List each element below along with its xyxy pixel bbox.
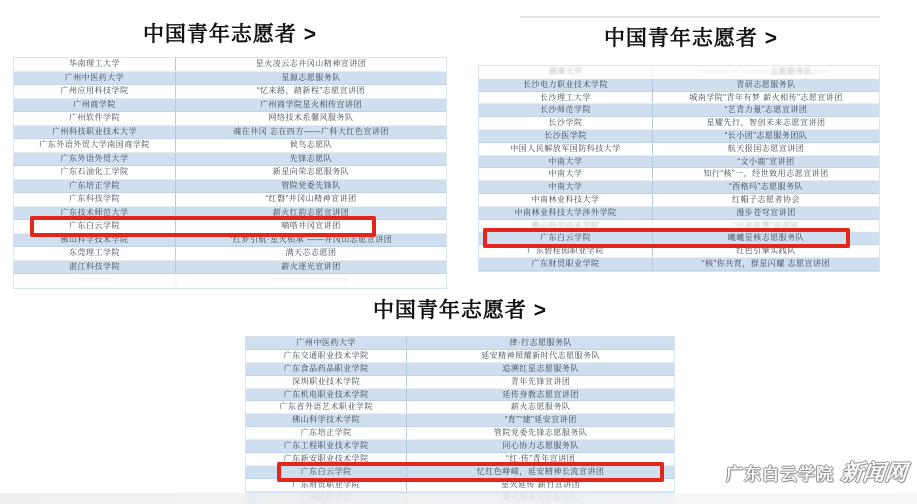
panel-title-link[interactable]: 中国青年志愿者 > bbox=[245, 294, 675, 324]
panel-title-link[interactable]: 中国青年志愿者 > bbox=[502, 22, 880, 52]
team-cell: 管院党委先锋队 bbox=[176, 180, 446, 193]
school-cell: 中南林业科技大学涉外学院 bbox=[479, 207, 653, 219]
table-row: 中南大学 “西格玛”志愿服务队 bbox=[479, 181, 879, 194]
volunteer-table-2: 湘潭大学 ⋯⋯⋯ ⋯ ⋯ ⋯⋯志愿服务队⋯⋯ 长沙电力职业技术学院 青研志愿服务… bbox=[478, 65, 880, 272]
team-cell: 候鸟志愿队 bbox=[176, 139, 446, 152]
table-row: 广东白云学院 嘀嗒井冈宣讲团 bbox=[14, 220, 446, 234]
team-cell: “长小团”志愿服务团队 bbox=[653, 130, 879, 142]
team-cell: ⋯⋯⋯ ⋯ ⋯ ⋯⋯志愿服务队⋯⋯ bbox=[653, 66, 879, 78]
school-cell: 广州中医药大学 bbox=[246, 337, 407, 349]
table-row: 湘潭大学 ⋯⋯⋯ ⋯ ⋯ ⋯⋯志愿服务队⋯⋯ bbox=[479, 66, 879, 79]
school-cell: 广东石油化工学院 bbox=[14, 166, 176, 179]
panel-changsha: 中国青年志愿者 > 湘潭大学 ⋯⋯⋯ ⋯ ⋯ ⋯⋯志愿服务队⋯⋯ 长沙电力职业技… bbox=[478, 22, 880, 272]
table-row: 广州商学院 广州商学院星火相传宣讲团 bbox=[14, 99, 446, 113]
school-cell: 佛山科学技术学院 bbox=[14, 234, 176, 247]
volunteer-table-1: 华南理工大学 星火凌云志井冈山精神宣讲团 广州中医药大学 星源志愿服务队 广州应… bbox=[13, 57, 447, 289]
table-row: 广州应用科技学院 “忆来路，踏新程”志愿宣讲团 bbox=[14, 85, 446, 99]
school-cell: 广州科技职业技术大学 bbox=[14, 126, 176, 139]
table-row: 广东工程职业技术学院 同心协力志愿服务队 bbox=[246, 440, 674, 453]
table-row: 长沙理工大学 城南学院“青年有梦 薪火相传”志愿宣讲团 bbox=[479, 92, 879, 105]
team-cell: “文小鹿”宣讲团 bbox=[653, 156, 879, 168]
table-row: 广东科技学院 “红磐”井冈山精神宣讲团 bbox=[14, 193, 446, 207]
school-cell: 广东财贸职业学院 bbox=[246, 479, 407, 491]
panel-jinggangshan: 中国青年志愿者 > 华南理工大学 星火凌云志井冈山精神宣讲团 广州中医药大学 星… bbox=[13, 18, 447, 289]
school-cell: 广东碧桂园职业学院 bbox=[479, 245, 653, 257]
school-cell: 广东省外语艺术职业学院 bbox=[246, 401, 407, 413]
school-cell: 广东财贸职业学院 bbox=[479, 258, 653, 270]
team-cell: 青研志愿服务队 bbox=[653, 79, 879, 91]
panel-yanan: 中国青年志愿者 > 广州中医药大学 律·行志愿服务队 广东交通职业技术学院 延安… bbox=[245, 294, 675, 504]
table-row: 广东机电职业技术学院 延传身教志愿宣讲团 bbox=[246, 389, 674, 402]
table-row: 广东省外语艺术职业学院 薪火志愿服务队 bbox=[246, 401, 674, 414]
table-row: 广东外语外贸大学南国商学院 候鸟志愿队 bbox=[14, 139, 446, 153]
table-row: 中南林业科技大学涉外学院 漫步苍穹宣讲团 bbox=[479, 207, 879, 220]
team-cell: 薪火红韵志愿宣讲团 bbox=[176, 207, 446, 220]
school-cell: 长沙师范学院 bbox=[479, 104, 653, 116]
school-cell: 佛山科学技术学院 bbox=[479, 220, 653, 232]
team-cell: 青年先锋宣讲团 bbox=[407, 376, 674, 388]
team-cell: 星源志愿服务队 bbox=[176, 72, 446, 85]
watermark-news-label: 新闻网 bbox=[839, 456, 908, 487]
school-cell: 长沙电力职业技术学院 bbox=[479, 79, 653, 91]
volunteer-table-3: 广州中医药大学 律·行志愿服务队 广东交通职业技术学院 延安精神照耀新时代志愿服… bbox=[245, 336, 675, 504]
school-cell: 广东食品药品职业学院 bbox=[246, 363, 407, 375]
table-row: 广东白云学院 忆红色峥嵘，延安精神长流宣讲团 bbox=[246, 466, 674, 479]
table-row: 中南大学 知行“核”一，经世致用志愿宣讲团 bbox=[479, 168, 879, 181]
watermark-site-name: 广东白云学院 bbox=[726, 460, 834, 485]
school-cell: 广东白云学院 bbox=[246, 466, 407, 478]
school-cell: 长沙学院 bbox=[479, 117, 653, 129]
table-row: 广东新安职业技术学院 “红·传”青年宣讲团 bbox=[246, 453, 674, 466]
team-cell: 律·行志愿服务队 bbox=[407, 337, 674, 349]
school-cell: 长沙医学院 bbox=[479, 130, 653, 142]
table-row: 广东财贸职业学院 星火延传 薪竹宣讲团 bbox=[246, 479, 674, 492]
team-cell: 知行“核”一，经世致用志愿宣讲团 bbox=[653, 168, 879, 180]
team-cell: 延安精神照耀新时代志愿服务队 bbox=[407, 350, 674, 362]
team-cell: 星火凌云志井冈山精神宣讲团 bbox=[176, 58, 446, 71]
school-cell: 长沙理工大学 bbox=[479, 92, 653, 104]
school-cell: 广州应用科技学院 bbox=[14, 85, 176, 98]
table-row: 广州科技职业技术大学 魂在井冈 志在四方——广科大红色宣讲团 bbox=[14, 126, 446, 140]
school-cell: 广东交通职业技术学院 bbox=[246, 350, 407, 362]
table-row: 广州软件学院 网络技术系馨风服务队 bbox=[14, 112, 446, 126]
school-cell: 广东外语外贸大学 bbox=[14, 153, 176, 166]
team-cell: 薪火逐光宣讲团 bbox=[176, 261, 446, 274]
school-cell: 广州中医药大学 bbox=[14, 72, 176, 85]
screenshot-root: { "colors": { "row_shade": "#cfdff0", "h… bbox=[0, 0, 917, 504]
table-row: 深圳职业技术学院 青年先锋宣讲团 bbox=[246, 376, 674, 389]
table-row: 长沙医学院 “长小团”志愿服务团队 bbox=[479, 130, 879, 143]
team-cell: 先锋志愿队 bbox=[176, 153, 446, 166]
school-cell: ⋯⋯⋯⋯ bbox=[14, 274, 176, 287]
school-cell: 中国人民解放军国防科技大学 bbox=[479, 143, 653, 155]
table-row: 广东交通职业技术学院 延安精神照耀新时代志愿服务队 bbox=[246, 350, 674, 363]
school-cell: 中南大学 bbox=[479, 181, 653, 193]
school-cell: 广东科技学院 bbox=[14, 193, 176, 206]
team-cell: 红色引擎实践队 bbox=[653, 245, 879, 257]
page-crop-artifact-line bbox=[520, 16, 880, 18]
school-cell: 中南大学 bbox=[479, 156, 653, 168]
team-cell: 满天芯志愿团 bbox=[176, 247, 446, 260]
school-cell: 广东新安职业技术学院 bbox=[246, 453, 407, 465]
team-cell: “忆来路，踏新程”志愿宣讲团 bbox=[176, 85, 446, 98]
table-row: 华南理工大学 星火凌云志井冈山精神宣讲团 bbox=[14, 58, 446, 72]
team-cell: 广州商学院星火相传宣讲团 bbox=[176, 99, 446, 112]
watermark: 广东白云学院 新闻网 bbox=[726, 456, 907, 487]
team-cell: 嘀嗒井冈宣讲团 bbox=[176, 220, 446, 233]
team-cell: “红·传”青年宣讲团 bbox=[407, 453, 674, 465]
team-cell: 网络技术系馨风服务队 bbox=[176, 112, 446, 125]
school-cell: 广东培正学院 bbox=[14, 180, 176, 193]
school-cell: 广东培正学院 bbox=[246, 427, 407, 439]
table-row: 长沙学院 星耀先行，智创未来志愿宣讲团 bbox=[479, 117, 879, 130]
team-cell: “红梦引航·星火相承”——井冈山志愿宣讲团 bbox=[176, 234, 446, 247]
table-row: 广东培正学院 管院党委先锋志愿服务队 bbox=[246, 427, 674, 440]
table-row: 广东食品药品职业学院 追溯红星志愿服务队 bbox=[246, 363, 674, 376]
table-row: 广东财贸职业学院 “核”你共赏，群星闪耀 志愿宣讲团 bbox=[479, 258, 879, 271]
team-cell: “西格玛”志愿服务队 bbox=[653, 181, 879, 193]
table-row: 中南大学 “文小鹿”宣讲团 bbox=[479, 156, 879, 169]
team-cell: “育”“建”延安宣讲团 bbox=[407, 414, 674, 426]
table-row: 长沙师范学院 “艺青力量”志愿宣讲团 bbox=[479, 104, 879, 117]
team-cell: 红帽子志愿者协会 bbox=[653, 194, 879, 206]
table-row: 广东技术师范大学 薪火红韵志愿宣讲团 bbox=[14, 207, 446, 221]
team-cell: 漫步苍穹宣讲团 bbox=[653, 207, 879, 219]
team-cell: 忆红色峥嵘，延安精神长流宣讲团 bbox=[407, 466, 674, 478]
school-cell: 佛山科学技术学院 bbox=[246, 414, 407, 426]
table-row: 广东碧桂园职业学院 红色引擎实践队 bbox=[479, 245, 879, 258]
table-row: 广东石油化工学院 新星向荣志愿服务队 bbox=[14, 166, 446, 180]
school-cell: 深圳职业技术学院 bbox=[246, 376, 407, 388]
team-cell: 航天报国志愿宣讲团 bbox=[653, 143, 879, 155]
table-row: 广东白云学院 曦曦星核志愿服务队 bbox=[479, 232, 879, 245]
table-row: ⋯⋯⋯⋯ ⋯⋯⋯⋯⋯⋯⋯⋯⋯ bbox=[14, 274, 446, 288]
team-cell: 曦曦星核志愿服务队 bbox=[653, 232, 879, 244]
team-cell: ⋯⋯⋯⋯⋯⋯⋯⋯⋯ bbox=[176, 274, 446, 287]
school-cell: 广州商学院 bbox=[14, 99, 176, 112]
team-cell: 追溯红星志愿服务队 bbox=[407, 363, 674, 375]
team-cell: 同心协力志愿服务队 bbox=[407, 440, 674, 452]
bottom-crop-band bbox=[0, 493, 917, 504]
team-cell: 星耀先行，智创未来志愿宣讲团 bbox=[653, 117, 879, 129]
table-row: 广东培正学院 管院党委先锋队 bbox=[14, 180, 446, 194]
team-cell: 延传身教志愿宣讲团 bbox=[407, 389, 674, 401]
table-row: 中国人民解放军国防科技大学 航天报国志愿宣讲团 bbox=[479, 143, 879, 156]
school-cell: 广东工程职业技术学院 bbox=[246, 440, 407, 452]
table-row: 东莞理工学院 满天芯志愿团 bbox=[14, 247, 446, 261]
panel-title-link[interactable]: 中国青年志愿者 > bbox=[13, 18, 447, 48]
table-row: 广州中医药大学 星源志愿服务队 bbox=[14, 72, 446, 86]
table-row: 广东外语外贸大学 先锋志愿队 bbox=[14, 153, 446, 167]
school-cell: 广东白云学院 bbox=[14, 220, 176, 233]
table-row: 佛山科学技术学院 “红梦引航·星火相承”——井冈山志愿宣讲团 bbox=[14, 234, 446, 248]
school-cell: 广东白云学院 bbox=[479, 232, 653, 244]
team-cell: “艺青力量”志愿宣讲团 bbox=[653, 104, 879, 116]
school-cell: 湘潭大学 bbox=[479, 66, 653, 78]
school-cell: 中南大学 bbox=[479, 168, 653, 180]
team-cell: “红磐”井冈山精神宣讲团 bbox=[176, 193, 446, 206]
table-row: 广州中医药大学 律·行志愿服务队 bbox=[246, 337, 674, 350]
team-cell: 新星向荣志愿服务队 bbox=[176, 166, 446, 179]
team-cell: 星火延传 薪竹宣讲团 bbox=[407, 479, 674, 491]
team-cell: 城南学院“青年有梦 薪火相传”志愿宣讲团 bbox=[653, 92, 879, 104]
table-row: 佛山科学技术学院 “兴乡传梦”宣讲团 bbox=[479, 220, 879, 233]
team-cell: “核”你共赏，群星闪耀 志愿宣讲团 bbox=[653, 258, 879, 270]
school-cell: 中南林业科技大学 bbox=[479, 194, 653, 206]
team-cell: 魂在井冈 志在四方——广科大红色宣讲团 bbox=[176, 126, 446, 139]
school-cell: 湛江科技学院 bbox=[14, 261, 176, 274]
school-cell: 华南理工大学 bbox=[14, 58, 176, 71]
school-cell: 广东外语外贸大学南国商学院 bbox=[14, 139, 176, 152]
team-cell: 管院党委先锋志愿服务队 bbox=[407, 427, 674, 439]
table-row: 湛江科技学院 薪火逐光宣讲团 bbox=[14, 261, 446, 275]
school-cell: 广州软件学院 bbox=[14, 112, 176, 125]
table-row: 佛山科学技术学院 “育”“建”延安宣讲团 bbox=[246, 414, 674, 427]
team-cell: 薪火志愿服务队 bbox=[407, 401, 674, 413]
school-cell: 广东机电职业技术学院 bbox=[246, 389, 407, 401]
school-cell: 东莞理工学院 bbox=[14, 247, 176, 260]
school-cell: 广东技术师范大学 bbox=[14, 207, 176, 220]
team-cell: “兴乡传梦”宣讲团 bbox=[653, 220, 879, 232]
table-row: 长沙电力职业技术学院 青研志愿服务队 bbox=[479, 79, 879, 92]
table-row: 中南林业科技大学 红帽子志愿者协会 bbox=[479, 194, 879, 207]
